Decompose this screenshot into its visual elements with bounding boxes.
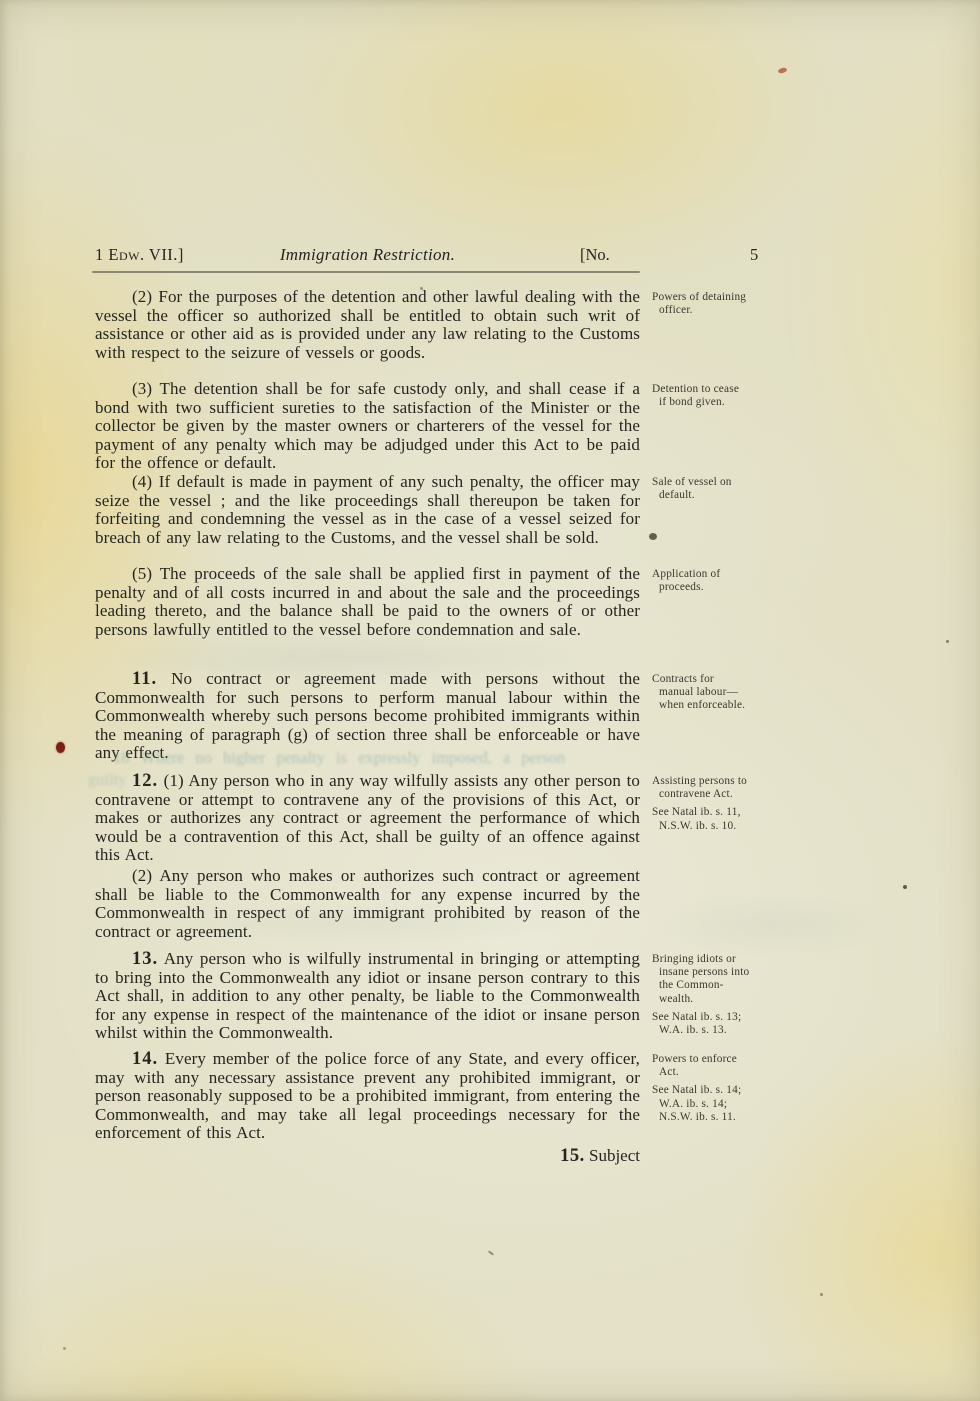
margin-note: Application of proceeds. [652, 568, 776, 594]
margin-notes: Application of proceeds. [652, 568, 776, 599]
section-number: 11. [132, 669, 157, 689]
statute-section: (2) Any person who makes or authorizes s… [95, 867, 640, 941]
statute-section: 13. Any person who is wilfully instrumen… [95, 950, 640, 1043]
margin-note: See Natal ib. s. 13; W.A. ib. s. 13. [652, 1011, 776, 1037]
margin-note: Sale of vessel on default. [652, 476, 776, 502]
margin-note: Contracts for manual labour— when enforc… [652, 673, 776, 713]
statute-section: 14. Every member of the police force of … [95, 1050, 640, 1143]
margin-note: Powers of detaining officer. [652, 291, 776, 317]
paragraph-text: (4) If default is made in payment of any… [95, 473, 640, 547]
margin-notes: Powers of detaining officer. [652, 291, 776, 322]
margin-note: Powers to enforce Act. [652, 1053, 776, 1079]
paper-speck [488, 1250, 494, 1255]
paragraph-text: (3) The detention shall be for safe cust… [95, 380, 640, 473]
paper-speck [820, 1293, 823, 1296]
margin-note: See Natal ib. s. 14; W.A. ib. s. 14; N.S… [652, 1084, 776, 1124]
header-rule [92, 271, 640, 273]
paragraph-text: 14. Every member of the police force of … [95, 1050, 640, 1143]
document-page: 1 Edw. VII.] Immigration Restriction. [N… [0, 0, 980, 1401]
statute-section: (5) The proceeds of the sale shall be ap… [95, 565, 640, 639]
running-title: Immigration Restriction. [95, 245, 640, 265]
number-bracket-label: [No. [580, 245, 610, 265]
margin-note: Bringing idiots or insane persons into t… [652, 953, 776, 1006]
statute-section: (3) The detention shall be for safe cust… [95, 380, 640, 473]
paper-smudge [640, 890, 900, 960]
red-ink-mark [56, 742, 65, 753]
margin-note: Detention to cease if bond given. [652, 383, 776, 409]
show-through-text: guilty [88, 770, 127, 790]
margin-notes: Detention to cease if bond given. [652, 383, 776, 414]
section-number: (5) [132, 564, 152, 583]
statute-section: 12. (1) Any person who in any way wilful… [95, 772, 640, 865]
paragraph-text: (2) Any person who makes or authorizes s… [95, 867, 640, 941]
margin-notes: Assisting persons to contravene Act.See … [652, 775, 776, 838]
page-header: 1 Edw. VII.] Immigration Restriction. [N… [95, 245, 640, 267]
ink-spot [649, 533, 657, 540]
paragraph-text: (2) For the purposes of the detention an… [95, 288, 640, 362]
margin-notes: Contracts for manual labour— when enforc… [652, 673, 776, 718]
show-through-text: 18 Where no higher penalty is expressly … [113, 748, 643, 768]
catchword-text: Subject [589, 1146, 640, 1165]
stain-speck [778, 67, 788, 74]
paragraph-text: 12. (1) Any person who in any way wilful… [95, 772, 640, 865]
section-number: (2) [132, 287, 152, 306]
section-number: (3) [132, 379, 152, 398]
statute-section: (4) If default is made in payment of any… [95, 473, 640, 547]
paper-speck [63, 1347, 66, 1350]
section-number: (2) [132, 866, 152, 885]
margin-notes: Bringing idiots or insane persons into t… [652, 953, 776, 1042]
paper-speck [420, 287, 423, 290]
margin-note: Assisting persons to contravene Act. [652, 775, 776, 801]
page-number: 5 [750, 245, 758, 265]
section-number: 12. [132, 771, 158, 791]
margin-notes: Sale of vessel on default. [652, 476, 776, 507]
statute-section: (2) For the purposes of the detention an… [95, 288, 640, 362]
margin-notes: Powers to enforce Act.See Natal ib. s. 1… [652, 1053, 776, 1129]
paragraph-text: (5) The proceeds of the sale shall be ap… [95, 565, 640, 639]
section-number: 14. [132, 1049, 158, 1069]
margin-note: See Natal ib. s. 11, N.S.W. ib. s. 10. [652, 806, 776, 832]
catchword-number: 15. [560, 1146, 585, 1166]
section-number: (4) [132, 472, 152, 491]
paper-speck [946, 640, 949, 643]
paper-speck [903, 885, 907, 889]
catchword: 15. Subject [95, 1146, 640, 1167]
paragraph-text: 13. Any person who is wilfully instrumen… [95, 950, 640, 1043]
section-number: 13. [132, 949, 158, 969]
